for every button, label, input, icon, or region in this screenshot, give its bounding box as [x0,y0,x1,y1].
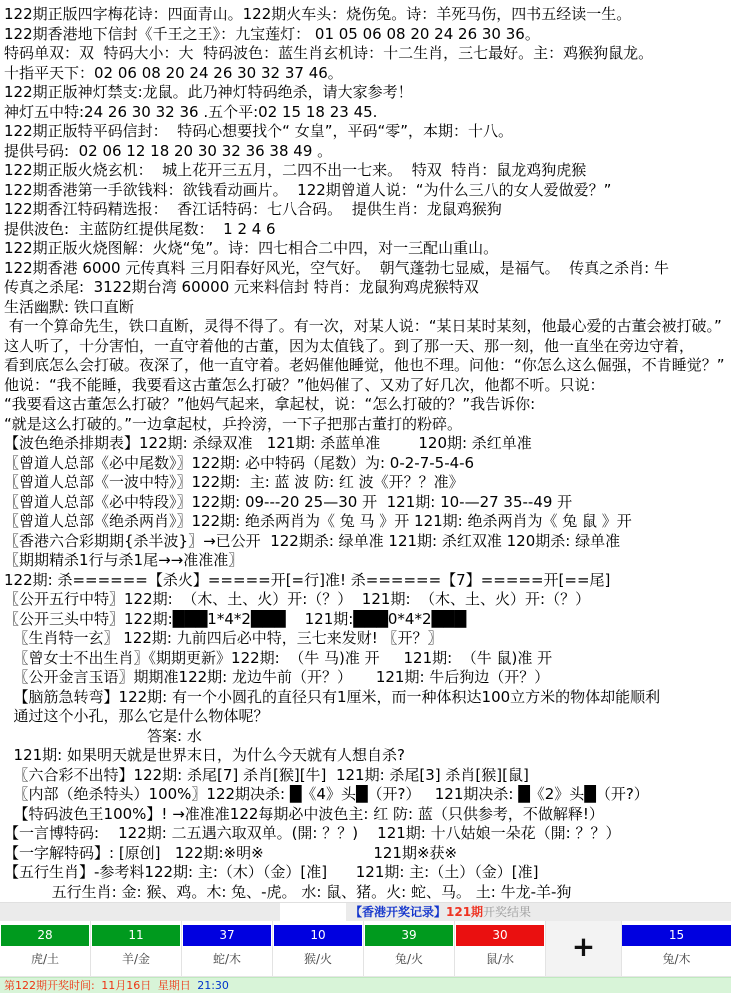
text-line: 他说：“我不能睡，我要看这古董怎么打破？”他妈催了、又劝了好几次，他都不听。只说… [4,376,731,396]
text-line: 122期正版火烧图解：火烧“兔”。诗：四七相合二中四，对一三配山重山。 [4,239,731,259]
plus-separator-icon: + [546,921,622,976]
text-line: 【五行生肖】-参考料122期: 主:（木）（金）[准] 121期: 主:（土）（… [4,863,731,883]
ball-number: 37 [183,925,271,946]
text-line: 通过这个小孔，那么它是什么物体呢？ [4,707,731,727]
results-header: 【香港开奖记录】 121期 开奖结果 [0,903,731,921]
text-line: 神灯五中特:24 26 30 32 36 .五个平:02 15 18 23 45… [4,103,731,123]
result-ball-cell: 11 羊/金 [91,921,182,976]
draw-date: 11月16日 [101,979,151,992]
ball-number: 10 [274,925,362,946]
text-line: 【波色绝杀排期表】122期: 杀绿双准 121期: 杀蓝单准 120期: 杀红单… [4,434,731,454]
text-line: 〖曾道人总部《一波中特》〗122期: 主: 蓝 波 防: 红 波《开？？准》 [4,473,731,493]
text-line: 〖香港六合彩期期{杀半波}〗→已公开 122期杀: 绿单准 121期: 杀红双准… [4,532,731,552]
result-ball-cell: 28 虎/土 [0,921,91,976]
text-line: 〖公开三头中特〗122期:███1*4*2███ 121期:███0*4*2██… [4,610,731,630]
text-line: 这人听了，十分害怕，一直守着他的古董，因为太值钱了。到了那一天、那一刻，他一直坐… [4,337,731,357]
text-line: 〖期期精杀1行与杀1尾→→准准准〗 [4,551,731,571]
text-line: 〖六合彩不出特】122期: 杀尾[7] 杀肖[猴][牛] 121期: 杀尾[3]… [4,766,731,786]
text-line: 〖生肖特一玄〗 122期: 九前四后必中特，三七来发财! 〖开？〗 [4,629,731,649]
text-line: 【脑筋急转弯】122期: 有一个小圆孔的直径只有1厘米，而一种体积达100立方米… [4,688,731,708]
text-line: 122期: 杀======【杀火】=====开[=行]准! 杀======【7】… [4,571,731,591]
ball-number: 39 [365,925,453,946]
text-line: 〖公开金言玉语〗期期准122期: 龙边牛前（开？） 121期: 牛后狗边（开？） [4,668,731,688]
text-line: 提供号码: 02 06 12 18 20 30 32 36 38 49 。 [4,142,731,162]
text-line: 〖曾道人总部《绝杀两肖》〗122期: 绝杀两肖为《 兔 马 》开 121期: 绝… [4,512,731,532]
ball-zodiac-element: 羊/金 [91,946,181,973]
text-line: 122期正版神灯禁支:龙鼠。此乃神灯特码绝杀，请大家参考！ [4,83,731,103]
text-line: 121期: 如果明天就是世界末日，为什么今天就有人想自杀? [4,746,731,766]
text-line: 生活幽默: 铁口直断 [4,298,731,318]
text-line: 122期正版火烧玄机： 城上花开三五月，二四不出一七来。 特双 特肖：鼠龙鸡狗虎… [4,161,731,181]
text-line: 有一个算命先生，铁口直断，灵得不得了。有一次，对某人说：“某日某时某刻，他最心爱… [4,317,731,337]
text-line: 122期正版特平码信封： 特码心想要找个“ 女皇”，平码“零”，本期：十八。 [4,122,731,142]
text-line: “就是这么打破的。”一边拿起杖，乒拎滂，一下子把那古董打的粉碎。 [4,415,731,435]
result-ball-cell: 37 蛇/木 [182,921,273,976]
text-line: 〖曾女士不出生肖〗《期期更新》122期: （牛 马)准 开 121期: （牛 鼠… [4,649,731,669]
record-title-link[interactable]: 【香港开奖记录】 [350,903,446,921]
text-line: 122期香港第一手欲钱料：欲钱看动画片。 122期曾道人说：“为什么三八的女人爱… [4,181,731,201]
text-line: 122期香港 6000 元传真料 三月阳春好风光，空气好。 朝气蓬勃七显威，是福… [4,259,731,279]
issue-number: 121期 [446,903,483,921]
text-line: 【一言博特码: 122期: 二五遇六取双单。(開: ？？) 121期: 十八姑娘… [4,824,731,844]
text-line: 五行生肖: 金: 猴、鸡。木: 兔、-虎。 水: 鼠、猪。火: 蛇、马。 土: … [4,883,731,903]
ball-zodiac-element: 兔/木 [622,946,731,973]
text-line: 看到底怎么会打破。夜深了，他一直守着。老妈催他睡觉，他也不理。问他：“你怎么这么… [4,356,731,376]
text-line: 特码单双：双 特码大小：大 特码波色：蓝生肖玄机诗：十二生肖，三七最好。主：鸡猴… [4,44,731,64]
result-ball-cell: 10 猴/火 [273,921,364,976]
text-line: 122期香港地下信封《千王之王》：九宝莲灯： 01 05 06 08 20 24… [4,25,731,45]
text-line: 〖内部（绝杀特头）100%〗122期决杀: █《4》头█（开?） 121期决杀:… [4,785,731,805]
draw-time: 21:30 [197,979,229,992]
ball-zodiac-element: 猴/火 [273,946,363,973]
ball-zodiac-element: 蛇/木 [182,946,272,973]
ball-number: 15 [622,925,731,946]
text-line: 〖公开五行中特〗122期: （木、土、火）开:（？） 121期: （木、土、火）… [4,590,731,610]
balls-row: 28 虎/土 11 羊/金 37 蛇/木 10 猴/火 39 兔/火 30 鼠/… [0,921,731,977]
text-line: 122期正版四字梅花诗：四面青山。122期火车头：烧伤兔。诗：羊死马伤，四书五经… [4,5,731,25]
lottery-tips-document: 122期正版四字梅花诗：四面青山。122期火车头：烧伤兔。诗：羊死马伤，四书五经… [0,0,731,902]
ball-zodiac-element: 鼠/水 [455,946,545,973]
result-ball-cell: 30 鼠/水 [455,921,546,976]
draw-time-label: 第122期开奖时间: [4,979,95,992]
header-white-box [280,903,346,921]
ball-number: 30 [456,925,544,946]
text-line: “我要看这古董怎么打破？”他妈气起来，拿起杖，说：“怎么打破的？”我告诉你: [4,395,731,415]
text-line: 〖曾道人总部《必中特段》〗122期: 09---20 25—30 开 121期:… [4,493,731,513]
text-line: 〖曾道人总部《必中尾数》〗122期: 必中特码（尾数）为: 0-2-7-5-4-… [4,454,731,474]
result-ball-cell: 39 兔/火 [364,921,455,976]
result-label: 开奖结果 [483,903,531,921]
ball-number: 28 [1,925,89,946]
text-line: 传真之杀尾: 3122期台湾 60000 元来料信封 特肖：龙鼠狗鸡虎猴特双 [4,278,731,298]
text-line: 【一字解特码】: [原创] 122期:※明※ 121期※获※ [4,844,731,864]
result-ball-cell: 15 兔/木 [622,921,731,976]
text-line: 十指平天下：02 06 08 20 24 26 30 32 37 46。 [4,64,731,84]
ball-number: 11 [92,925,180,946]
text-line: 122期香江特码精选报： 香江话特码：七八合码。 提供生肖：龙鼠鸡猴狗 [4,200,731,220]
ball-zodiac-element: 兔/火 [364,946,454,973]
text-line: 【特码波色王100%】! →准准准122每期必中波色主: 红 防: 蓝（只供参考… [4,805,731,825]
text-line: 提供波色: 主蓝防红提供尾数： 1 2 4 6 [4,220,731,240]
draw-weekday: 星期日 [158,979,191,992]
text-line: 答案: 水 [4,727,731,747]
draw-results-panel: 【香港开奖记录】 121期 开奖结果 28 虎/土 11 羊/金 37 蛇/木 … [0,902,731,993]
next-draw-footer: 第122期开奖时间: 11月16日 星期日 21:30 [0,977,731,993]
ball-zodiac-element: 虎/土 [0,946,90,973]
